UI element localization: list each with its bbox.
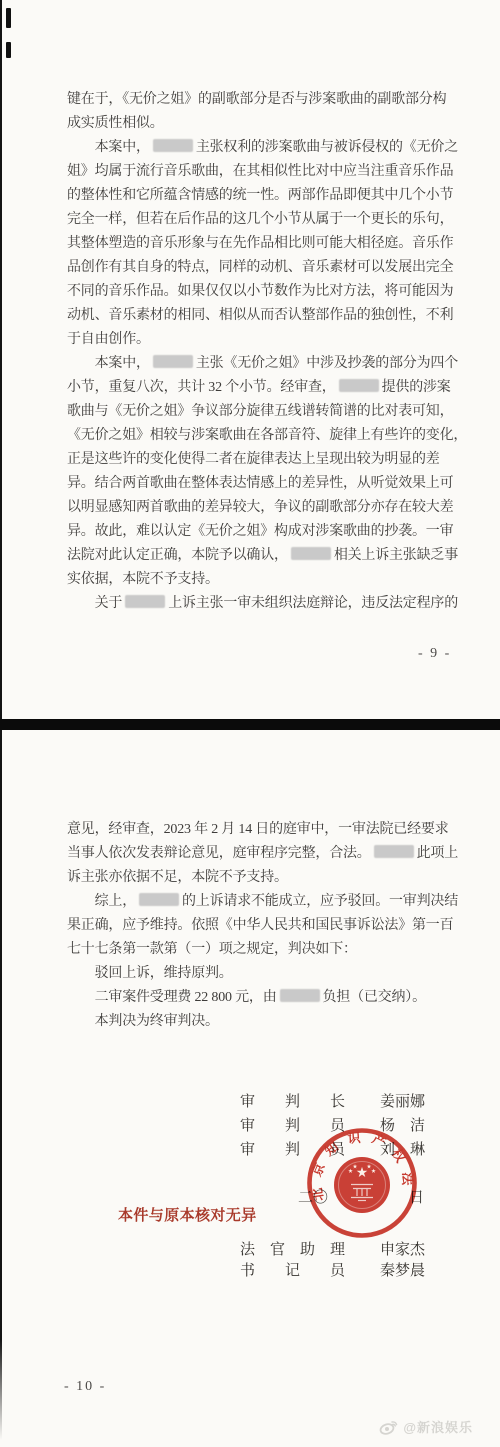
document-line: 键在于，《无价之姐》的副歌部分是否与涉案歌曲的副歌部分构 bbox=[67, 88, 459, 112]
signature-role: 法 官 助 理 bbox=[240, 1240, 380, 1260]
page-divider-bar bbox=[0, 719, 500, 730]
document-line: 以明显感知两首歌曲的差异较大，争议的副歌部分亦存在较大差 bbox=[67, 496, 459, 520]
document-line: 综上，的上诉请求不能成立，应予驳回。一审判决结 bbox=[67, 890, 459, 914]
document-line: 本案中，主张权利的涉案歌曲与被诉侵权的《无价之 bbox=[67, 136, 459, 160]
national-emblem-icon bbox=[334, 1157, 390, 1213]
page1-page-number: - 9 - bbox=[418, 646, 451, 662]
document-line: 诉主张亦依据不足，本院不予支持。 bbox=[67, 866, 459, 890]
redaction-box bbox=[291, 547, 331, 560]
watermark-text: @新浪娱乐 bbox=[403, 1417, 473, 1436]
document-line: 本判决为终审判决。 bbox=[67, 1010, 459, 1034]
document-line: 其整体塑造的音乐形象与在先作品相比则可能大相径庭。音乐作 bbox=[67, 232, 459, 256]
document-line: 二审案件受理费 22 800 元，由负担（已交纳）。 bbox=[67, 986, 459, 1010]
document-line: 小节，重复八次，共计 32 个小节。经审查，提供的涉案 bbox=[67, 376, 459, 400]
document-line: 姐》均属于流行音乐歌曲，在其相似性比对中应当注重音乐作品 bbox=[67, 160, 459, 184]
redaction-box bbox=[339, 379, 379, 392]
document-line: 意见，经审查，2023 年 2 月 14 日的庭审中，一审法院已经要求 bbox=[67, 818, 459, 842]
scanned-judgment-photo: 键在于，《无价之姐》的副歌部分是否与涉案歌曲的副歌部分构成实质性相似。 本案中，… bbox=[0, 0, 500, 1447]
document-line: 不同的音乐作品。如果仅仅以小节数作为比对方法，将可能因为 bbox=[67, 280, 459, 304]
court-seal-stamp: 北京知识产权法院 bbox=[305, 1126, 419, 1240]
document-line: 异。结合两首歌曲在整体表达情感上的差异性，从听觉效果上可 bbox=[67, 472, 459, 496]
redaction-box bbox=[125, 595, 165, 608]
scan-edge-mark bbox=[6, 8, 11, 28]
document-line: 当事人依次发表辩论意见，庭审程序完整，合法。此项上 bbox=[67, 842, 459, 866]
signature-name: 姜丽娜 bbox=[380, 1092, 425, 1112]
staff-signature-row: 书 记 员秦梦晨 bbox=[240, 1261, 425, 1281]
weibo-icon bbox=[379, 1419, 399, 1435]
redaction-box bbox=[153, 355, 193, 368]
judge-signature-row: 审 判 长姜丽娜 bbox=[240, 1092, 425, 1112]
document-line: 果正确，应予维持。依照《中华人民共和国民事诉讼法》第一百 bbox=[67, 914, 459, 938]
document-line: 异。故此，难以认定《无价之姐》构成对涉案歌曲的抄袭。一审 bbox=[67, 520, 459, 544]
page1-text-block: 键在于，《无价之姐》的副歌部分是否与涉案歌曲的副歌部分构成实质性相似。 本案中，… bbox=[67, 88, 459, 616]
document-line: 于自由创作。 bbox=[67, 328, 459, 352]
document-line: 驳回上诉，维持原判。 bbox=[67, 962, 459, 986]
document-line: 正是这些许的变化使得二者在旋律表达上呈现出较为明显的差 bbox=[67, 448, 459, 472]
redaction-box bbox=[280, 989, 320, 1002]
document-line: 七十七条第一款第（一）项之规定，判决如下： bbox=[67, 938, 459, 962]
signature-name: 申家杰 bbox=[380, 1240, 425, 1260]
watermark: @新浪娱乐 bbox=[379, 1417, 473, 1436]
redaction-box bbox=[153, 139, 193, 152]
document-line: 完全一样，但若在后作品的这几个小节从属于一个更长的乐句， bbox=[67, 208, 459, 232]
scan-edge-mark bbox=[6, 42, 11, 58]
staff-signature-row: 法 官 助 理申家杰 bbox=[240, 1240, 425, 1260]
redaction-box bbox=[139, 893, 179, 906]
document-line: 本案中，主张《无价之姐》中涉及抄袭的部分为四个 bbox=[67, 352, 459, 376]
document-line: 的整体性和它所蕴含情感的统一性。两部作品即便其中几个小节 bbox=[67, 184, 459, 208]
redaction-box bbox=[374, 845, 414, 858]
document-line: 成实质性相似。 bbox=[67, 112, 459, 136]
signature-role: 书 记 员 bbox=[240, 1261, 380, 1281]
certification-note: 本件与原本核对无异 bbox=[118, 1204, 257, 1225]
signature-role: 审 判 长 bbox=[240, 1092, 380, 1112]
document-line: 《无价之姐》相较与涉案歌曲在各部音符、旋律上有些许的变化， bbox=[67, 424, 459, 448]
document-line: 品创作有其自身的特点，同样的动机、音乐素材可以发展出完全 bbox=[67, 256, 459, 280]
page2-page-number: - 10 - bbox=[64, 1379, 106, 1395]
document-line: 实依据，本院不予支持。 bbox=[67, 568, 459, 592]
document-line: 动机、音乐素材的相同、相似从而否认整部作品的独创性，不利 bbox=[67, 304, 459, 328]
document-line: 法院对此认定正确，本院予以确认，相关上诉主张缺乏事 bbox=[67, 544, 459, 568]
document-line: 关于上诉主张一审未组织法庭辩论，违反法定程序的 bbox=[67, 592, 459, 616]
signature-name: 秦梦晨 bbox=[380, 1261, 425, 1281]
page2-text-block: 意见，经审查，2023 年 2 月 14 日的庭审中，一审法院已经要求当事人依次… bbox=[67, 818, 459, 1034]
document-line: 歌曲与《无价之姐》争议部分旋律五线谱转简谱的比对表可知， bbox=[67, 400, 459, 424]
